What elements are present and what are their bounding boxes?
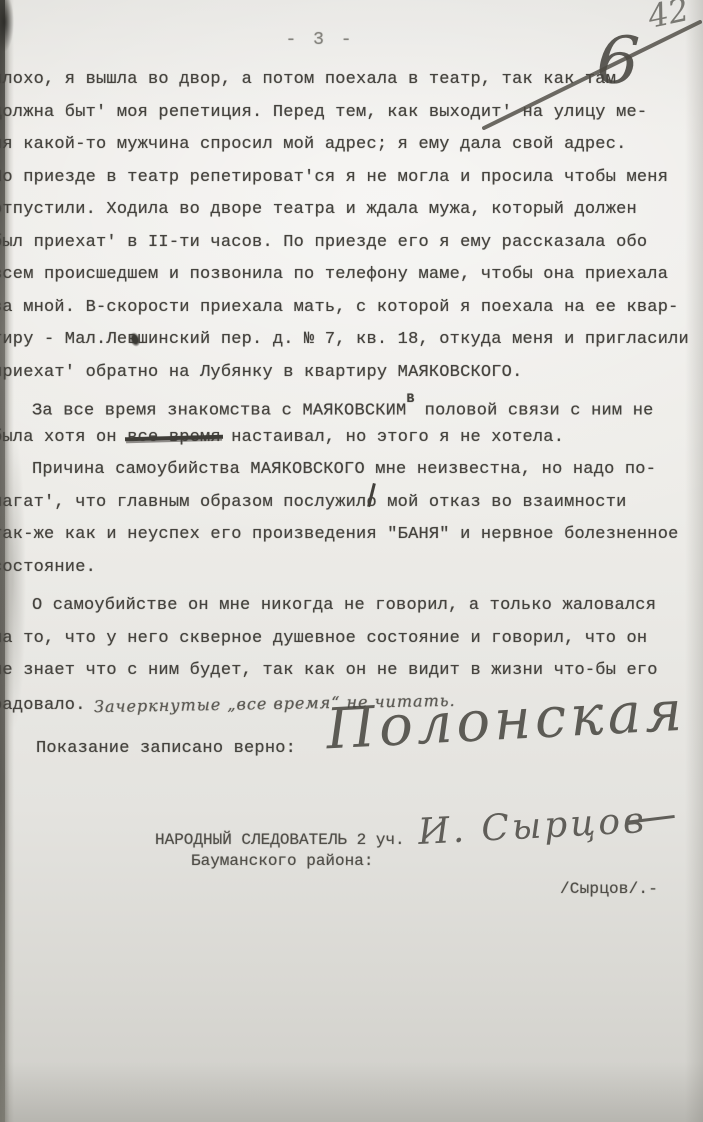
typed-line: на то, что у него скверное душевное сост…: [0, 623, 703, 656]
slashed-letter: о: [366, 487, 376, 520]
struck-words: все время: [127, 428, 221, 447]
line-text: плохо, я вышла во двор, а потом поехала …: [0, 70, 585, 89]
typed-line: плохо, я вышла во двор, а потом поехала …: [0, 64, 703, 97]
typed-line: отпустили. Ходила во дворе театра и ждал…: [0, 194, 703, 227]
typed-line: всем происшедшем и позвонила по телефону…: [0, 259, 703, 292]
signature-syrtsov: И. Сырцов: [417, 800, 648, 853]
investigator-block: НАРОДНЫЙ СЛЕДОВАТЕЛЬ 2 уч. Бауманского р…: [155, 830, 405, 872]
typed-line: За все время знакомства с МАЯКОВСКИМВ по…: [0, 389, 703, 422]
typed-line: О самоубийстве он мне никогда не говорил…: [0, 590, 703, 623]
typed-line: за мной. В-скорости приехала мать, с кот…: [0, 292, 703, 325]
typed-line: Причина самоубийства МАЯКОВСКОГО мне неи…: [0, 454, 703, 487]
investigator-title-line1: НАРОДНЫЙ СЛЕДОВАТЕЛЬ 2 уч.: [155, 830, 405, 851]
line-text: мой отказ во взаимности: [377, 493, 627, 512]
inserted-letter: В: [406, 391, 414, 406]
typed-line: был приехат' в II-ти часов. По приезде е…: [0, 227, 703, 260]
crossed-word: там: [585, 70, 616, 89]
scan-bottom-shade: [0, 1062, 703, 1122]
scanned-document-page: - 3 - 42 6 плохо, я вышла во двор, а пот…: [0, 0, 703, 1122]
typed-body: плохо, я вышла во двор, а потом поехала …: [0, 64, 703, 766]
line-text: радовало.: [0, 696, 86, 715]
line-text: настаивал, но этого я не хотела.: [221, 428, 564, 447]
typed-line: состояние.: [0, 552, 703, 585]
line-text: За все время знакомства с МАЯКОВСКИМ: [32, 402, 406, 421]
page-number: - 3 -: [0, 30, 640, 50]
typed-line: тиру - Мал.Левшинский пер. д. № 7, кв. 1…: [0, 324, 703, 357]
investigator-typed-name: /Сырцов/.-: [560, 880, 658, 898]
typed-line: ня какой-то мужчина спросил мой адрес; я…: [0, 129, 703, 162]
typed-line: должна быт' моя репетиция. Перед тем, ка…: [0, 97, 703, 130]
typed-line: лагат', что главным образом послужило мо…: [0, 487, 703, 520]
line-text: была хотя он: [0, 428, 127, 447]
typed-line: приехат' обратно на Лубянку в квартиру М…: [0, 357, 703, 390]
line-text: лагат', что главным образом послужил: [0, 493, 366, 512]
typed-line: По приезде в театр репетироват'ся я не м…: [0, 162, 703, 195]
investigator-title-line2: Бауманского района:: [155, 851, 405, 872]
line-text: половой связи с ним не: [414, 402, 653, 421]
typed-line: так-же как и неуспех его произведения "Б…: [0, 519, 703, 552]
typed-line: была хотя он все время настаивал, но это…: [0, 422, 703, 455]
